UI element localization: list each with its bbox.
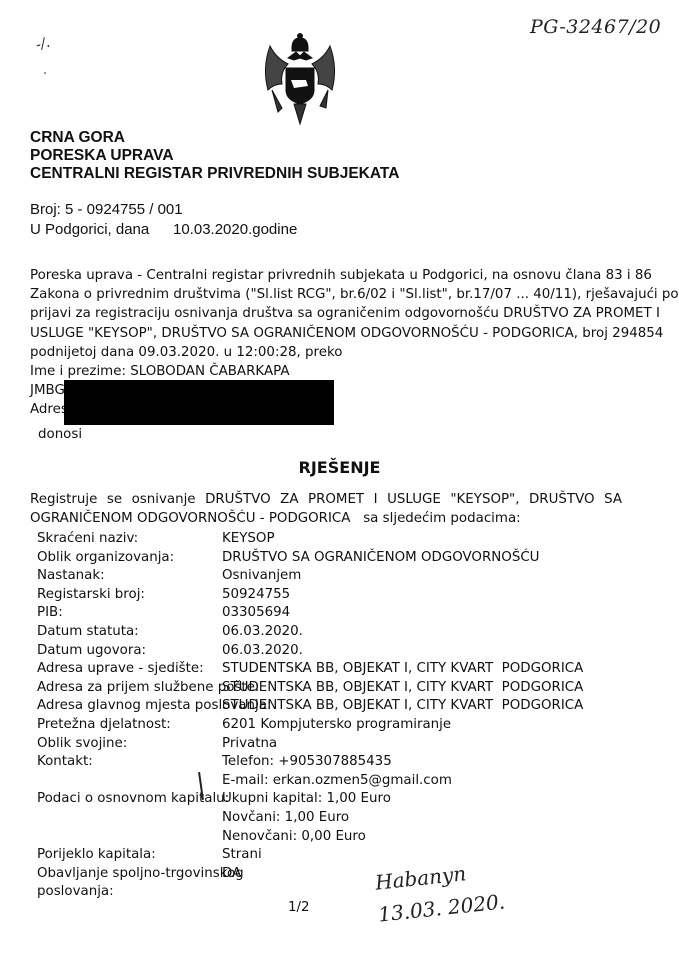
place-label: U Podgorici, dana	[30, 221, 149, 238]
scan-speck	[44, 72, 46, 74]
field-value: Ukupni kapital: 1,00 Euro	[222, 790, 391, 809]
word: osnivanje	[132, 490, 196, 509]
field-label: Porijeklo kapitala:	[37, 846, 156, 865]
word: "KEYSOP",	[450, 490, 519, 509]
word: DRUŠTVO	[205, 490, 271, 509]
field-label: Kontakt:	[37, 753, 93, 772]
decision-intro-line2: OGRANIČENOM ODGOVORNOŠĆU - PODGORICA sa …	[30, 509, 640, 528]
field-label: Oblik svojine:	[37, 735, 127, 754]
applicant-name: Ime i prezime: SLOBODAN ČABARKAPA	[30, 362, 289, 381]
coat-of-arms-icon	[258, 28, 342, 128]
intro-line: prijavi za registraciju osnivanja društv…	[30, 304, 640, 323]
word: SA	[604, 490, 622, 509]
word: PROMET	[308, 490, 364, 509]
field-label: Skraćeni naziv:	[37, 530, 138, 549]
field-value: KEYSOP	[222, 530, 275, 549]
redaction-box	[64, 380, 334, 425]
decision-intro-line1: Registruje se osnivanje DRUŠTVO ZA PROME…	[30, 490, 622, 509]
handwritten-reference-number: PG-32467/20	[530, 16, 661, 38]
header-country: CRNA GORA	[30, 128, 125, 147]
decision-title: RJEŠENJE	[0, 458, 679, 477]
intro-line: USLUGE "KEYSOP", DRUŠTVO SA OGRANIČENOM …	[30, 324, 640, 343]
field-value: STUDENTSKA BB, OBJEKAT I, CITY KVART POD…	[222, 697, 583, 716]
field-label: PIB:	[37, 604, 63, 623]
field-value: Novčani: 1,00 Euro	[222, 809, 349, 828]
intro-line: Zakona o privrednim društvima ("Sl.list …	[30, 285, 640, 304]
field-value: STUDENTSKA BB, OBJEKAT I, CITY KVART POD…	[222, 660, 583, 679]
field-value: Privatna	[222, 735, 277, 754]
field-value: Osnivanjem	[222, 567, 301, 586]
field-label: Pretežna djelatnost:	[37, 716, 171, 735]
field-label: Datum ugovora:	[37, 642, 146, 661]
field-value: 50924755	[222, 586, 290, 605]
field-value: 03305694	[222, 604, 290, 623]
field-value: 06.03.2020.	[222, 623, 303, 642]
field-label: Oblik organizovanja:	[37, 549, 174, 568]
field-value: 6201 Kompjutersko programiranje	[222, 716, 451, 735]
word: se	[107, 490, 122, 509]
handwritten-signature-date: 13.03. 2020.	[377, 889, 506, 926]
page-number: 1/2	[288, 900, 310, 915]
handwritten-signature: Habanyn	[374, 861, 467, 894]
document-page: -/. PG-32467/20 CRNA GORA PORESKA UPRAVA…	[0, 0, 679, 960]
field-label: Obavljanje spoljno-trgovinskog poslovanj…	[37, 865, 244, 902]
word: ZA	[280, 490, 298, 509]
field-label: Datum statuta:	[37, 623, 139, 642]
word: I	[374, 490, 378, 509]
field-label: Registarski broj:	[37, 586, 145, 605]
word: USLUGE	[387, 490, 441, 509]
intro-paragraph: Poreska uprava - Centralni registar priv…	[30, 266, 640, 362]
field-value: DRUŠTVO SA OGRANIČENOM ODGOVORNOŠĆU	[222, 549, 539, 568]
decision-intro: Registruje se osnivanje DRUŠTVO ZA PROME…	[30, 490, 640, 528]
field-value: Strani	[222, 846, 262, 865]
field-value: Nenovčani: 0,00 Euro	[222, 828, 366, 847]
field-value: DA	[222, 865, 241, 884]
header-registry: CENTRALNI REGISTAR PRIVREDNIH SUBJEKATA	[30, 164, 399, 183]
field-value: Telefon: +905307885435	[222, 753, 392, 772]
word: Registruje	[30, 490, 97, 509]
field-value: E-mail: erkan.ozmen5@gmail.com	[222, 772, 452, 791]
header-authority: PORESKA UPRAVA	[30, 146, 174, 165]
donosi-text: donosi	[38, 427, 82, 442]
field-label-line1: Obavljanje spoljno-trgovinskog	[37, 866, 244, 881]
field-label: Adresa uprave - sjedište:	[37, 660, 204, 679]
intro-line: Poreska uprava - Centralni registar priv…	[30, 266, 640, 285]
word: DRUŠTVO	[529, 490, 595, 509]
intro-line: podnijetoj dana 09.03.2020. u 12:00:28, …	[30, 343, 640, 362]
issue-date: 10.03.2020.godine	[173, 220, 297, 239]
field-value: STUDENTSKA BB, OBJEKAT I, CITY KVART POD…	[222, 679, 583, 698]
field-label: Nastanak:	[37, 567, 105, 586]
field-value: 06.03.2020.	[222, 642, 303, 661]
document-number: Broj: 5 - 0924755 / 001	[30, 200, 183, 219]
field-label-line2: poslovanja:	[37, 884, 114, 899]
handwritten-mark: -/.	[34, 34, 52, 53]
document-place-date: U Podgorici, dana 10.03.2020.godine	[30, 220, 149, 239]
